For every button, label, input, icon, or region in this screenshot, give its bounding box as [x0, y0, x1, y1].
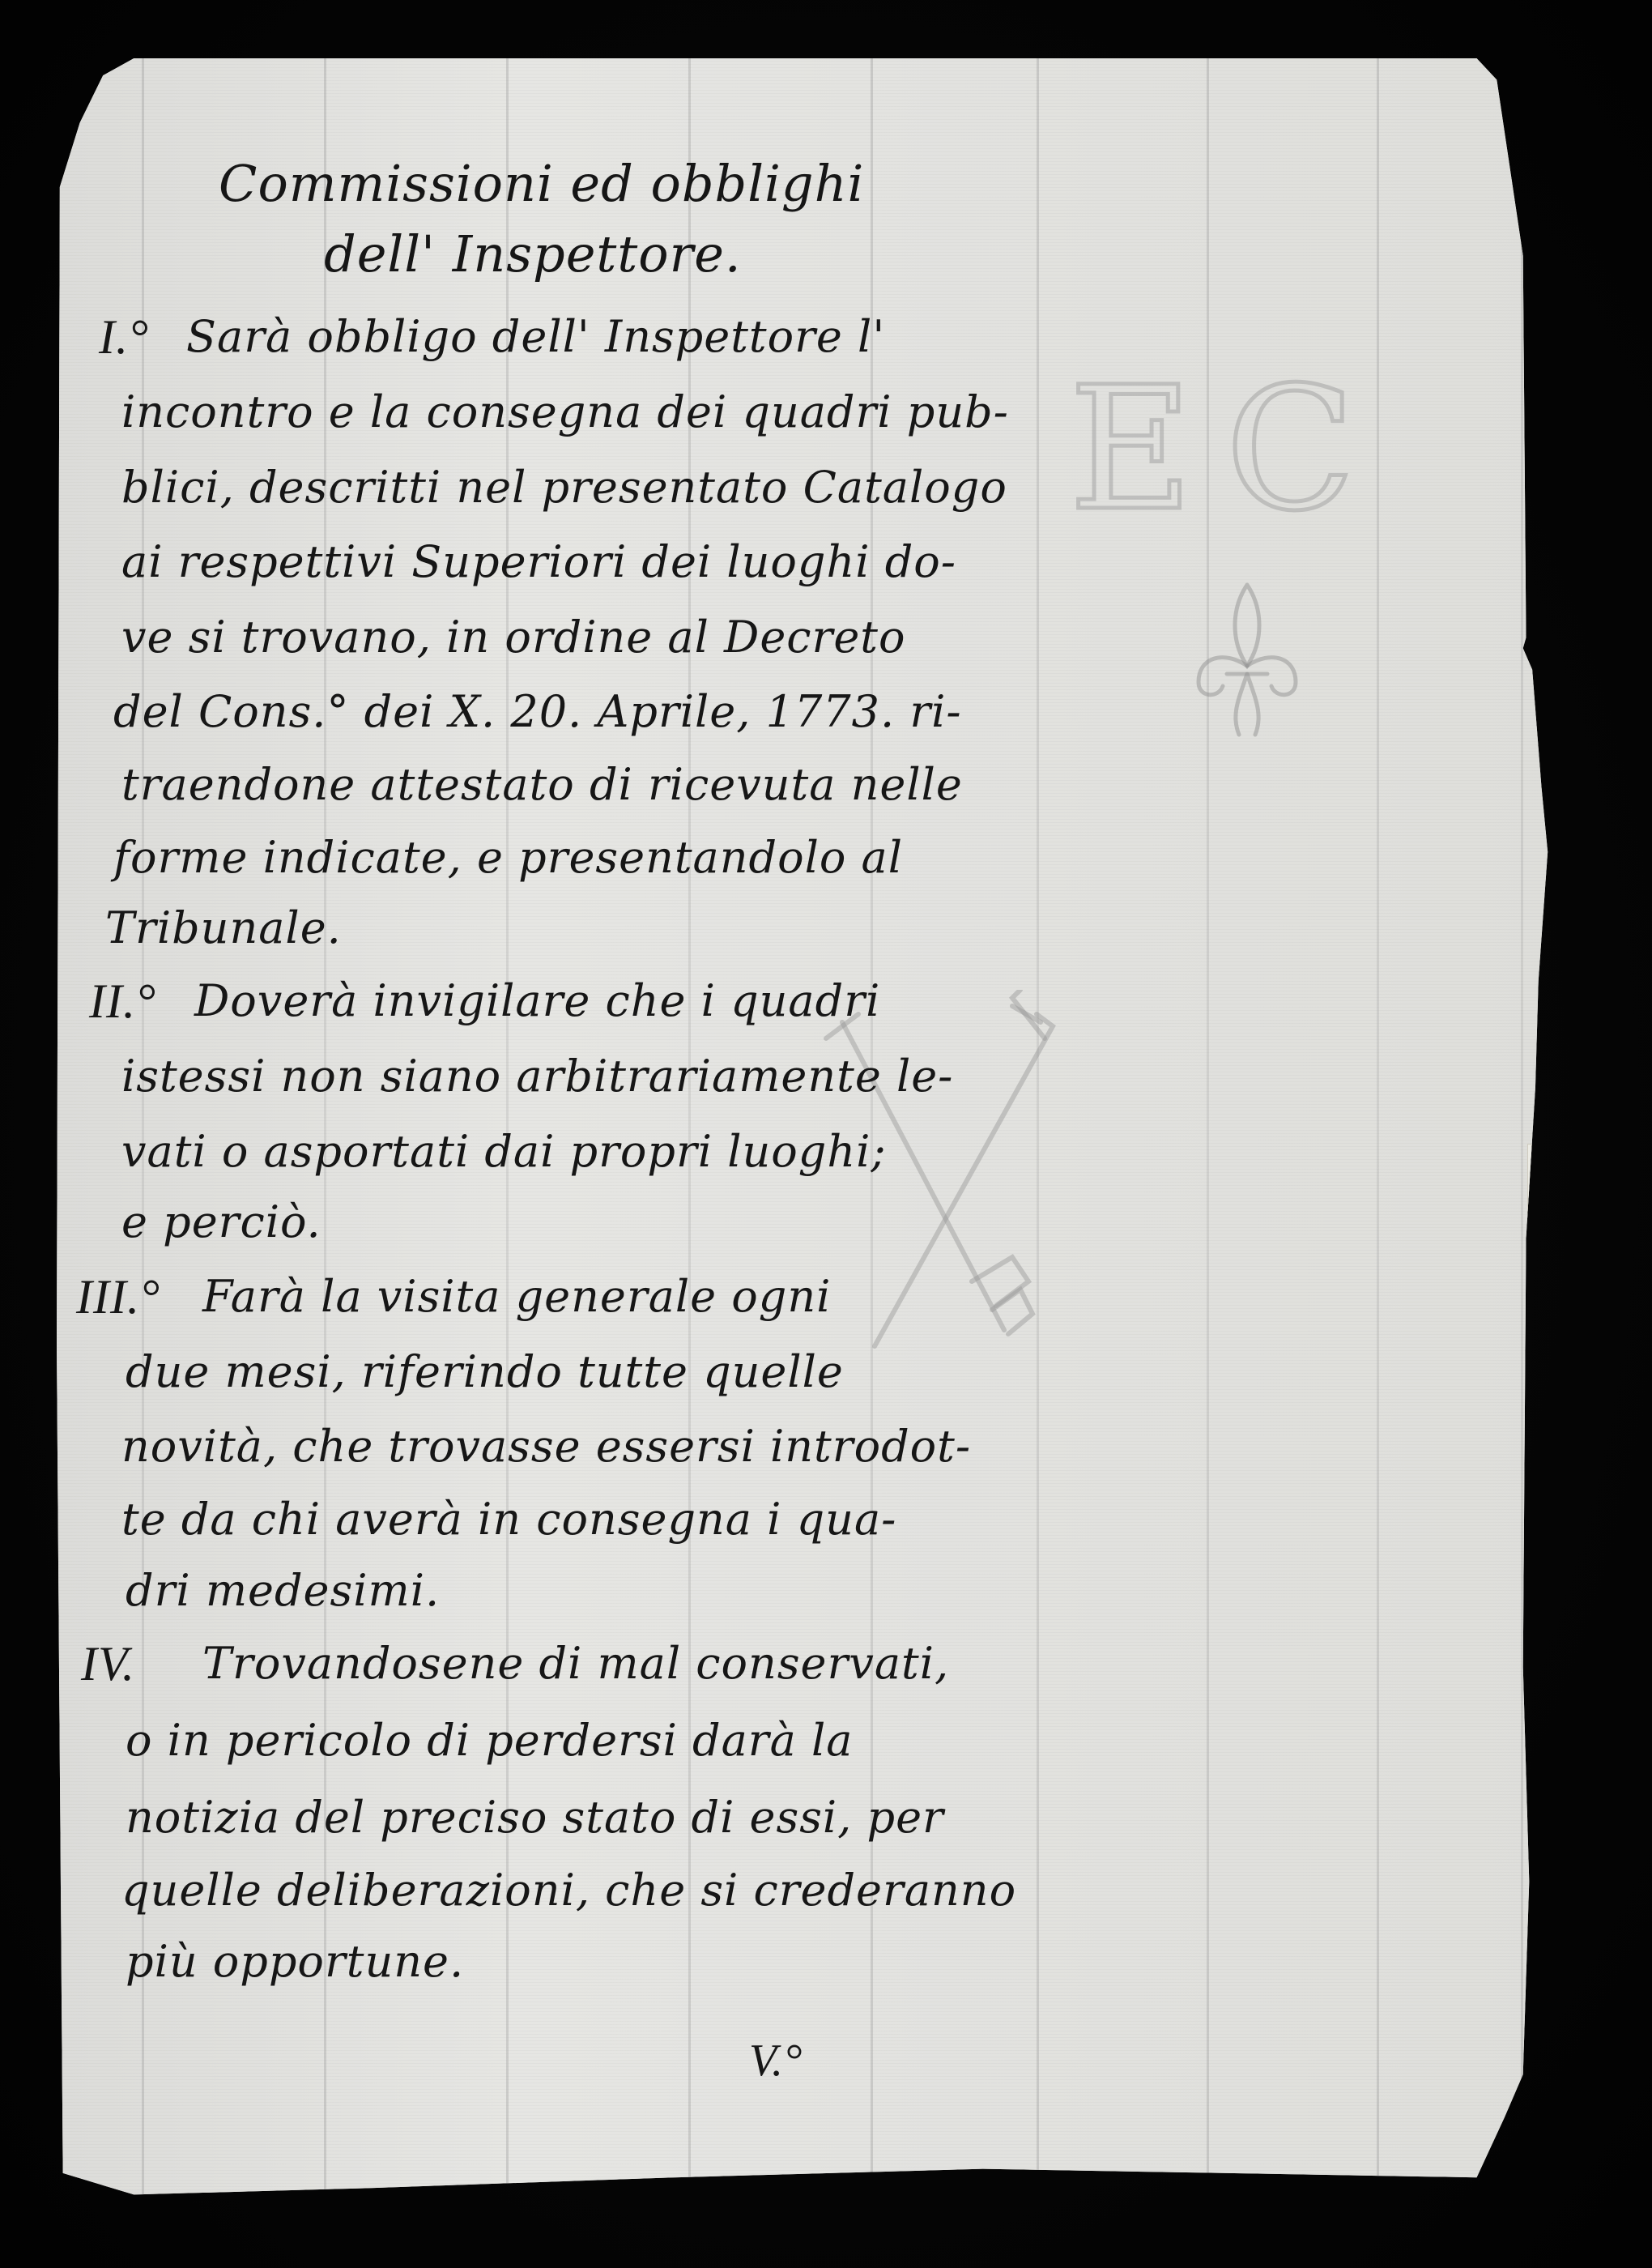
article-line: e perciò. [121, 1196, 321, 1247]
article-line: novità, che trovasse essersi introdot- [121, 1421, 971, 1472]
article-line: notizia del preciso stato di essi, per [126, 1792, 944, 1843]
article-line: ve si trovano, in ordine al Decreto [121, 612, 906, 663]
chain-line [1037, 58, 1039, 2203]
document-title-line-1: Commissioni ed obblighi [219, 154, 864, 213]
article-line: Doverà invigilare che i quadri [194, 975, 880, 1026]
article-numeral: II.° [89, 974, 156, 1030]
paper-repair-strip [1531, 1484, 1550, 1639]
article-line: incontro e la consegna dei quadri pub- [121, 386, 1009, 437]
catchword: V.° [749, 2035, 803, 2087]
article-line: forme indicate, e presentandolo al [113, 832, 903, 883]
article-line: quelle deliberazioni, che si crederanno [121, 1865, 1016, 1916]
paper-repair-strip [1527, 1144, 1550, 1486]
article-line: più opportune. [126, 1936, 464, 1987]
article-line: traendone attestato di ricevuta nelle [121, 759, 963, 810]
document-title-line-2: dell' Inspettore. [324, 224, 742, 283]
article-line: ai respettivi Superiori dei luoghi do- [121, 536, 956, 587]
article-line: blici, descritti nel presentato Catalogo [121, 462, 1007, 513]
fleur-de-lis-watermark-icon [1174, 577, 1320, 739]
manuscript-page: EC Commissioni ed [57, 58, 1600, 2203]
article-line: Tribunale. [105, 902, 342, 953]
chain-line [1521, 58, 1523, 2203]
chain-line [1207, 58, 1209, 2203]
article-line: dri medesimi. [126, 1565, 440, 1616]
article-line: Sarà obbligo dell' Inspettore l' [186, 311, 885, 362]
crossed-keys-watermark-icon [810, 990, 1069, 1371]
article-line: o in pericolo di perdersi darà la [126, 1715, 853, 1766]
article-line: te da chi averà in consegna i qua- [121, 1494, 896, 1545]
article-numeral: III.° [76, 1269, 160, 1325]
article-numeral: I.° [99, 309, 149, 365]
scan-background: EC Commissioni ed [0, 0, 1652, 2268]
watermark-letters: EC [1069, 350, 1388, 548]
chain-line [1377, 58, 1379, 2203]
article-line: istessi non siano arbitrariamente le- [121, 1051, 953, 1102]
article-line: del Cons.° dei X. 20. Aprile, 1773. ri- [113, 686, 962, 737]
article-line: Trovandosene di mal conservati, [202, 1638, 949, 1689]
article-line: Farà la visita generale ogni [202, 1271, 831, 1322]
article-line: due mesi, riferindo tutte quelle [126, 1346, 844, 1397]
article-numeral: IV. [81, 1636, 135, 1692]
article-line: vati o asportati dai propri luoghi; [121, 1126, 887, 1177]
